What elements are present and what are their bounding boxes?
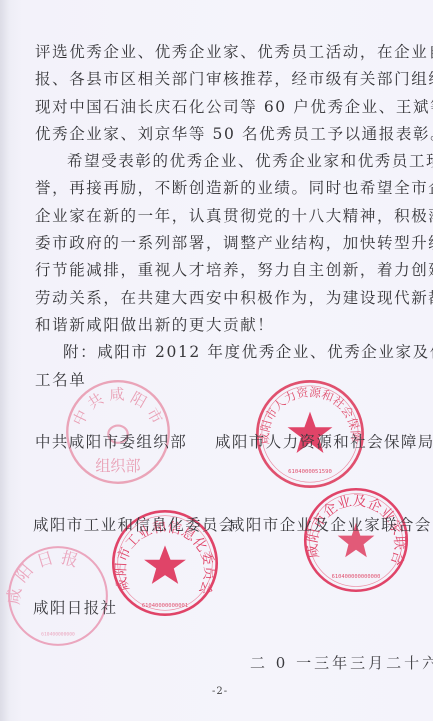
body-line: 委市政府的一系列部署，调整产业结构，加快转型升级，实 <box>35 233 433 253</box>
body-line: 行节能减排，重视人才培养，努力自主创新，着力创建和谐 <box>35 260 433 280</box>
body-line: 誉，再接再励，不断创造新的业绩。同时也希望全市企业及 <box>35 178 433 198</box>
enterprise-federation-seal: 咸阳市企业及企业家联合会 610400000000000 <box>302 486 410 594</box>
signatory-organization-dept: 中共咸阳市委组织部 <box>35 432 187 452</box>
signatory-industry-committee: 咸阳市工业和信息化委员会 <box>33 515 236 535</box>
body-line: 希望受表彰的优秀企业、优秀企业家和优秀员工珍惜荣 <box>67 151 433 171</box>
body-line: 劳动关系，在共建大西安中积极作为，为建设现代新都市、 <box>35 288 433 308</box>
svg-text:中 共 咸 阳 市: 中 共 咸 阳 市 <box>69 385 166 428</box>
attachment-line: 工名单 <box>35 370 86 390</box>
signatory-hr-bureau: 咸阳市人力资源和社会保障局 <box>215 432 433 452</box>
document-date: 二 0 一三年三月二十六日 <box>250 652 433 673</box>
svg-text:610400000000000: 610400000000000 <box>332 574 381 580</box>
svg-text:组织部: 组织部 <box>95 457 140 475</box>
svg-text:61040000000001: 61040000000001 <box>142 603 188 609</box>
svg-text:610400000000: 610400000000 <box>41 632 75 638</box>
body-line: 现对中国石油长庆石化公司等 60 户优秀企业、王斌等 55 名 <box>35 97 433 117</box>
signatory-xianyang-daily: 咸阳日报社 <box>33 598 118 618</box>
body-line: 优秀企业家、刘京华等 50 名优秀员工予以通报表彰。 <box>35 124 433 144</box>
xianyang-daily-seal: 咸 阳 日 报 610400000000 <box>6 544 110 648</box>
document-page: 中 共 咸 阳 市 组织部 咸阳市人力资源和社会保障局 610400005159… <box>0 0 433 721</box>
svg-text:6104000051590: 6104000051590 <box>288 469 332 475</box>
body-line: 报、各县市区相关部门审核推荐，经市级有关部门组织联评， <box>35 69 433 89</box>
signatory-enterprise-federation: 咸阳市企业及企业家联合会 <box>229 515 432 535</box>
body-line: 评选优秀企业、优秀企业家、优秀员工活动，在企业自行申 <box>35 42 433 62</box>
attachment-line: 附：咸阳市 2012 年度优秀企业、优秀企业家及优秀员 <box>63 342 433 362</box>
body-line: 企业家在新的一年，认真贯彻党的十八大精神，积极落实市 <box>35 206 433 226</box>
svg-text:咸 阳 日 报: 咸 阳 日 报 <box>6 548 80 606</box>
page-number: -2- <box>212 686 228 697</box>
body-line: 和谐新咸阳做出新的更大贡献！ <box>35 315 274 335</box>
